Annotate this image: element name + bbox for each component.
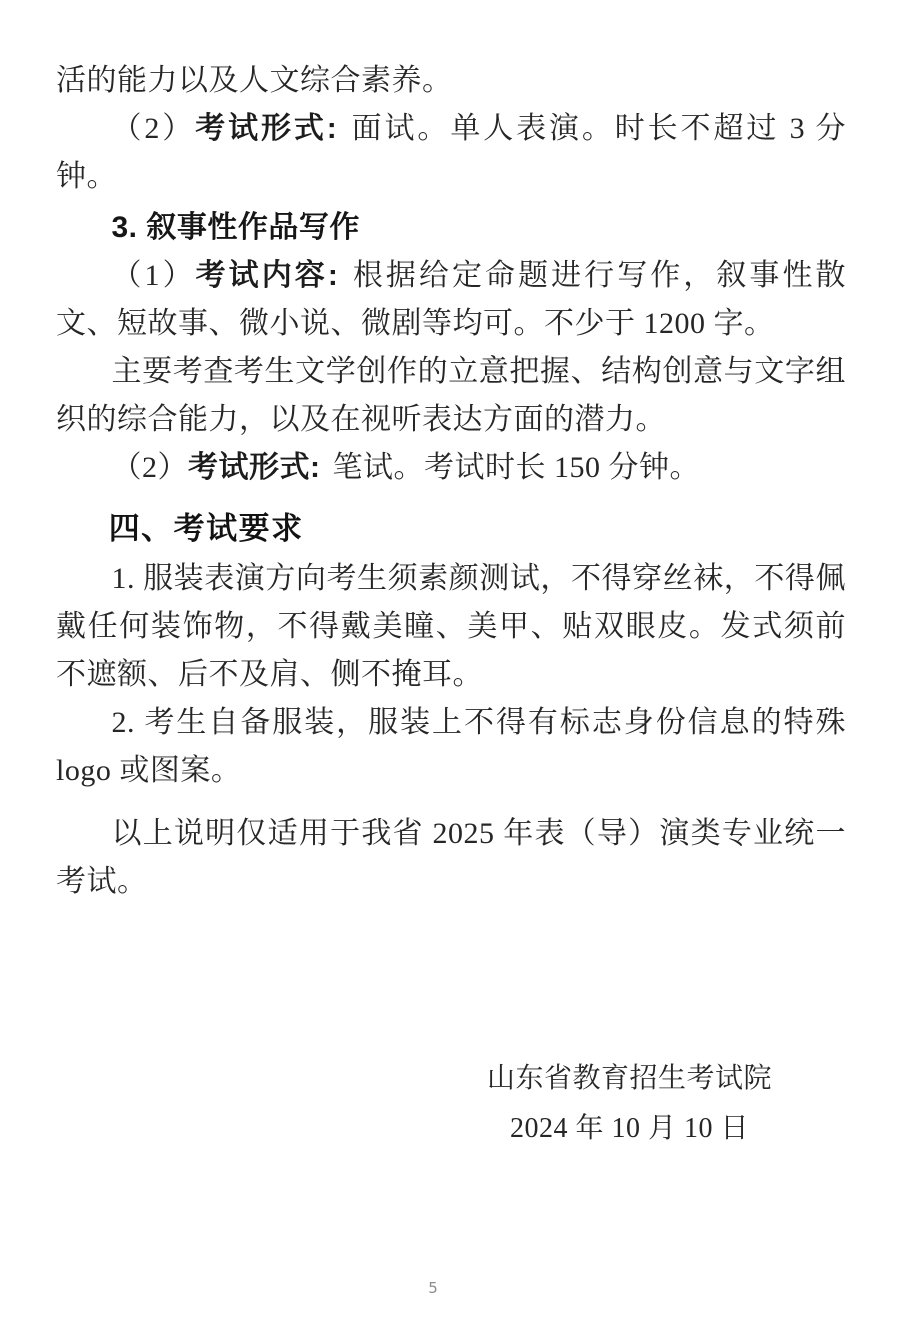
item-number: （2） [112, 451, 189, 484]
document-page: 活的能力以及人文综合素养。 （2）考试形式:面试。单人表演。时长不超过 3 分钟… [0, 0, 900, 1325]
paragraph-exam-format-interview: （2）考试形式:面试。单人表演。时长不超过 3 分钟。 [56, 105, 846, 201]
paragraph-intro-tail: 活的能力以及人文综合素养。 [56, 57, 846, 105]
paragraph-requirement-2: 2. 考生自备服装，服装上不得有标志身份信息的特殊 logo 或图案。 [56, 699, 846, 795]
paragraph-requirement-1: 1. 服装表演方向考生须素颜测试，不得穿丝袜，不得佩戴任何装饰物，不得戴美瞳、美… [56, 555, 846, 699]
paragraph-assessment-purpose: 主要考查考生文学创作的立意把握、结构创意与文字组织的综合能力，以及在视听表达方面… [56, 348, 846, 444]
paragraph-scope-note: 以上说明仅适用于我省 2025 年表（导）演类专业统一考试。 [56, 810, 846, 906]
heading-narrative-writing: 3. 叙事性作品写作 [56, 204, 846, 252]
paragraph-exam-content-writing: （1）考试内容:根据给定命题进行写作，叙事性散文、短故事、微小说、微剧等均可。不… [56, 252, 846, 348]
paragraph-exam-format-written: （2）考试形式:笔试。考试时长 150 分钟。 [56, 444, 846, 492]
signature-organization: 山东省教育招生考试院 [487, 1054, 772, 1104]
item-label-exam-format: 考试形式: [195, 112, 337, 145]
signature-date: 2024 年 10 月 10 日 [487, 1104, 772, 1154]
item-label-exam-content: 考试内容: [196, 259, 339, 292]
heading-exam-requirements: 四、考试要求 [56, 505, 846, 553]
item-number: （2） [112, 112, 196, 145]
signature-block: 山东省教育招生考试院 2024 年 10 月 10 日 [487, 1054, 772, 1154]
item-text: 笔试。考试时长 150 分钟。 [333, 451, 701, 484]
item-label-exam-format: 考试形式: [188, 451, 321, 484]
document-body: 活的能力以及人文综合素养。 （2）考试形式:面试。单人表演。时长不超过 3 分钟… [56, 57, 846, 1154]
page-number: 5 [0, 1279, 866, 1297]
item-number: （1） [112, 259, 196, 292]
